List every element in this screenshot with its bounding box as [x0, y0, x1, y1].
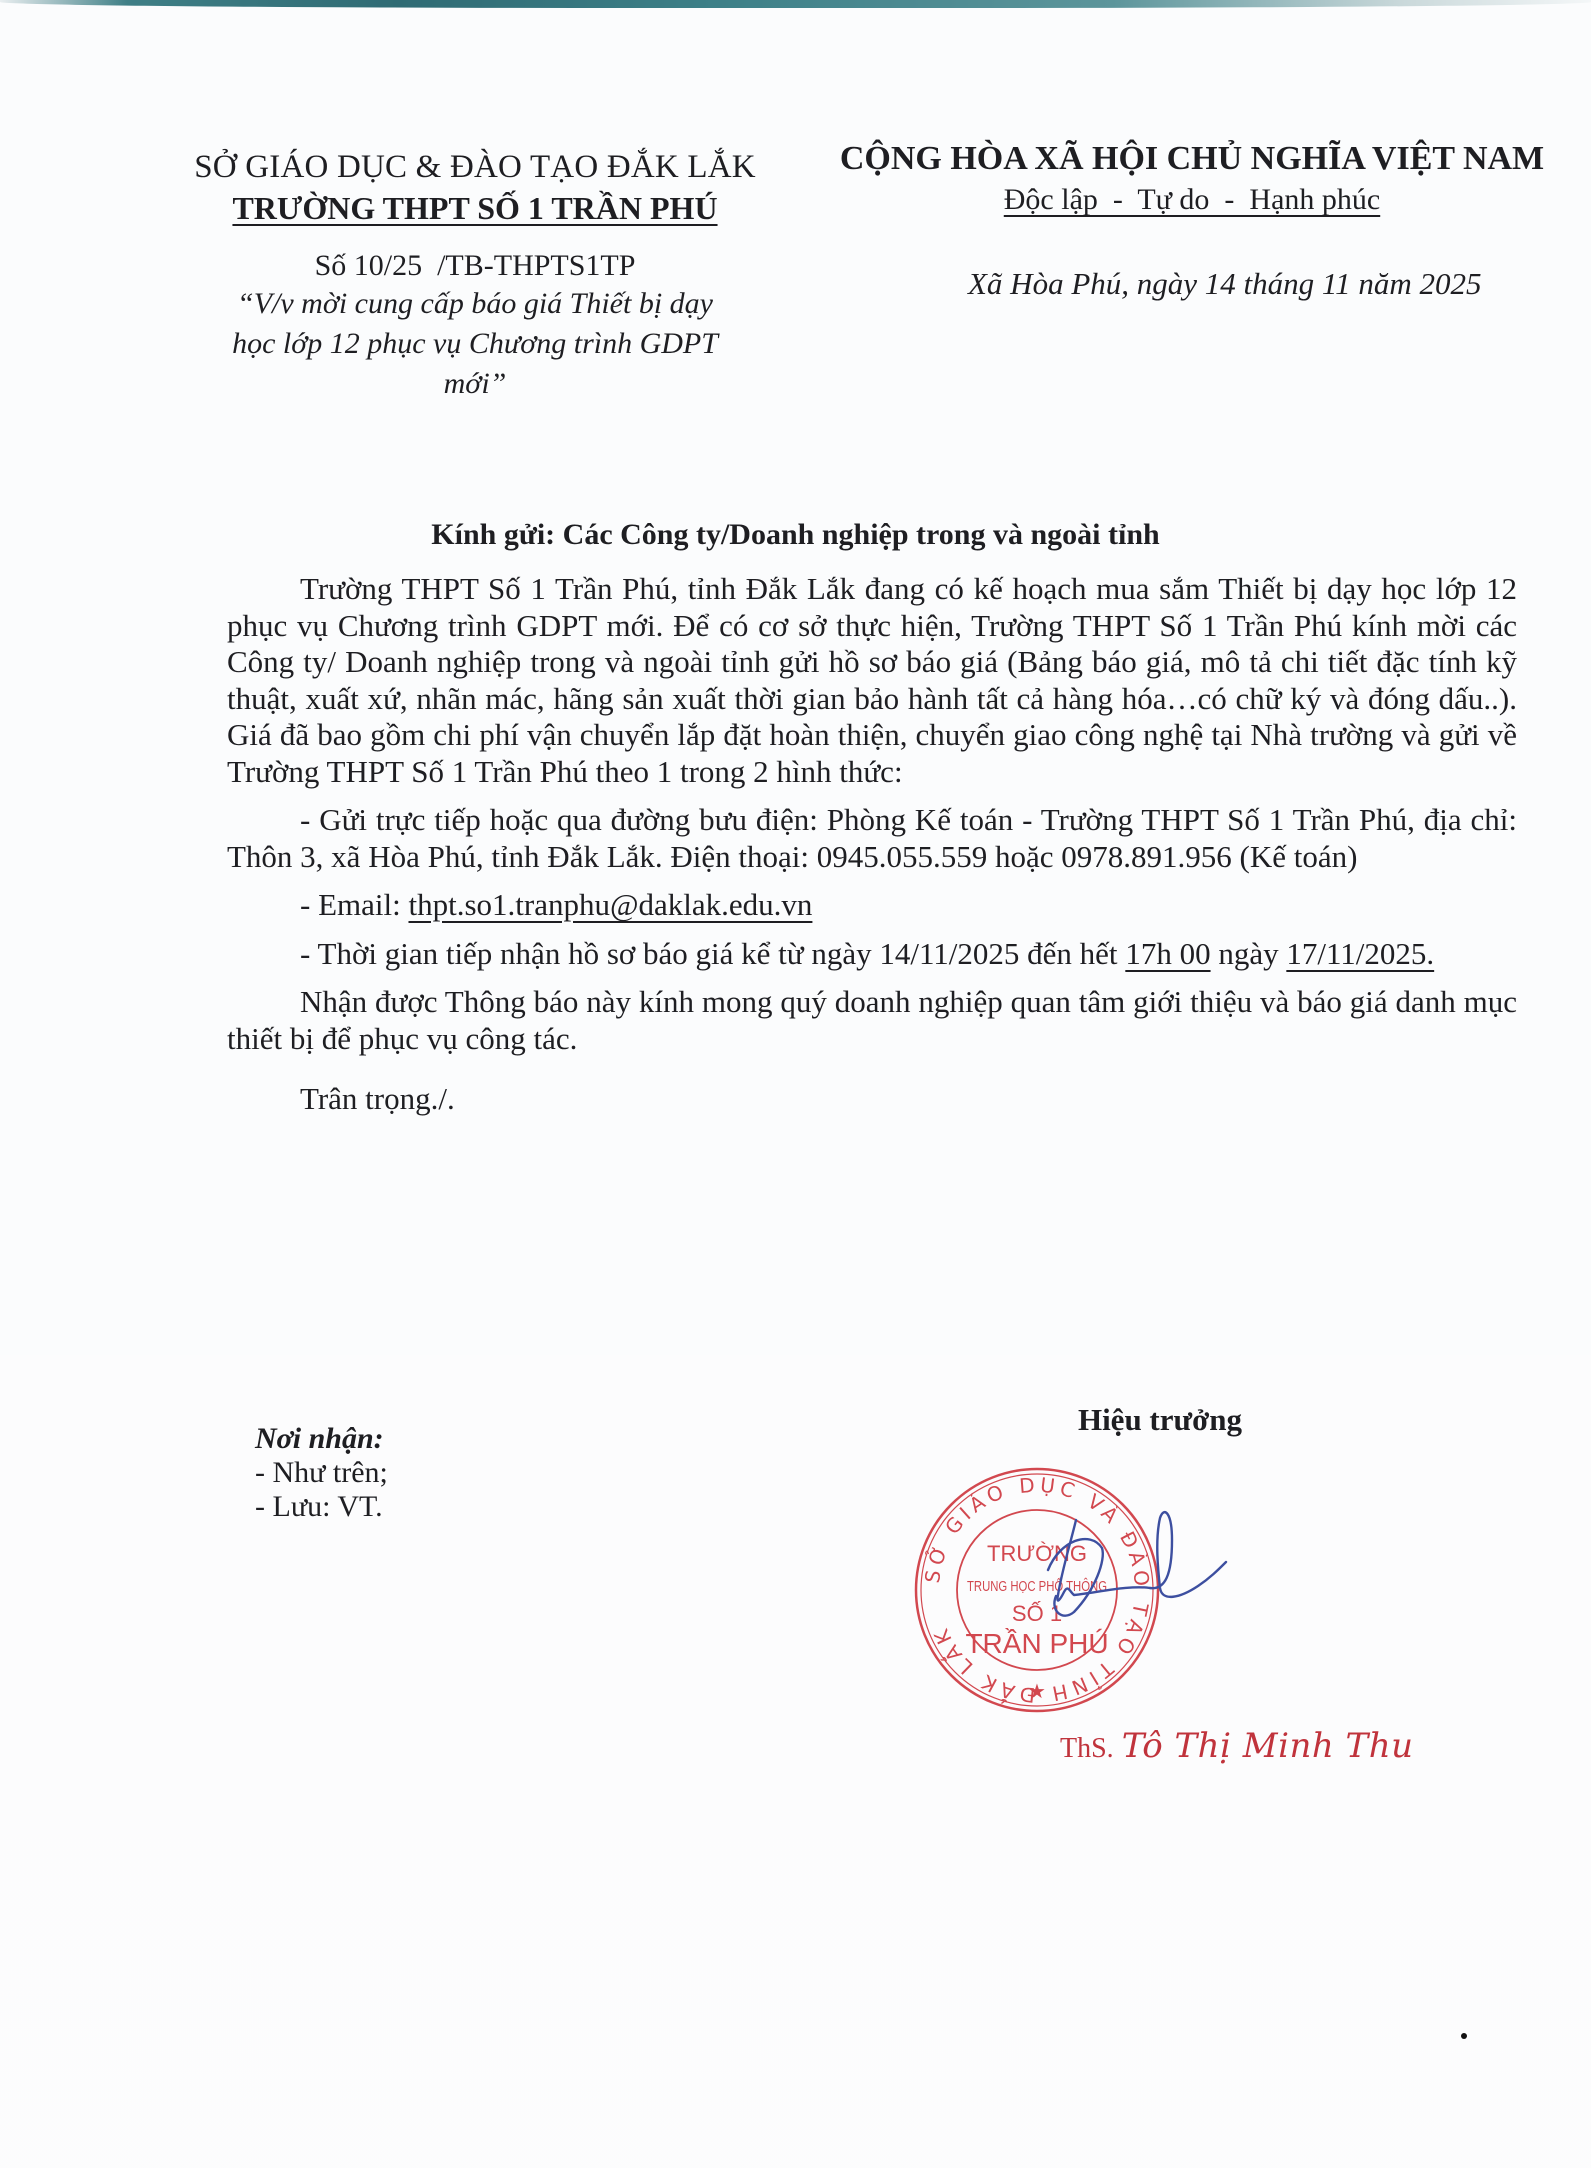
deadline-paragraph: - Thời gian tiếp nhận hồ sơ báo giá kể t…: [227, 936, 1517, 973]
national-title: CỘNG HÒA XÃ HỘI CHỦ NGHĨA VIỆT NAM: [812, 138, 1572, 180]
signer-degree: ThS.: [1060, 1733, 1114, 1764]
document-subject: “V/v mời cung cấp báo giá Thiết bị dạy h…: [175, 284, 775, 404]
subject-line: “V/v mời cung cấp báo giá Thiết bị dạy: [175, 284, 775, 324]
email-paragraph: - Email: thpt.so1.tranphu@daklak.edu.vn: [227, 887, 1517, 924]
header-left: SỞ GIÁO DỤC & ĐÀO TẠO ĐẮK LẮK TRƯỜNG THP…: [150, 146, 800, 404]
delivery-paragraph: - Gửi trực tiếp hoặc qua đường bưu điện:…: [227, 802, 1517, 875]
school-name: TRƯỜNG THPT SỐ 1 TRẦN PHÚ: [150, 188, 800, 228]
parent-organization: SỞ GIÁO DỤC & ĐÀO TẠO ĐẮK LẮK: [150, 146, 800, 188]
header-right: CỘNG HÒA XÃ HỘI CHỦ NGHĨA VIỆT NAM Độc l…: [812, 138, 1572, 220]
document-page: SỞ GIÁO DỤC & ĐÀO TẠO ĐẮK LẮK TRƯỜNG THP…: [0, 0, 1591, 2168]
deadline-date: 17/11/2025.: [1286, 936, 1434, 971]
closing-paragraph: Nhận được Thông báo này kính mong quý do…: [227, 984, 1517, 1057]
recipients-title: Nơi nhận:: [255, 1422, 388, 1456]
subject-line: mới”: [175, 364, 775, 404]
email-link[interactable]: thpt.so1.tranphu@daklak.edu.vn: [408, 887, 812, 922]
deadline-mid: ngày: [1211, 936, 1287, 971]
signer-fullname: Tô Thị Minh Thu: [1122, 1726, 1414, 1766]
stamp-star-icon: ★: [1028, 1679, 1046, 1703]
handwritten-signature: [1040, 1500, 1320, 1630]
deadline-time: 17h 00: [1125, 936, 1210, 971]
subject-line: học lớp 12 phục vụ Chương trình GDPT: [175, 324, 775, 364]
regards: Trân trọng./.: [227, 1081, 1517, 1118]
signer-name: ThS. Tô Thị Minh Thu: [1060, 1726, 1414, 1766]
deadline-prefix: - Thời gian tiếp nhận hồ sơ báo giá kể t…: [300, 936, 1125, 971]
document-number: Số 10/25 /TB-THPTS1TP: [150, 248, 800, 284]
recipient-item: - Như trên;: [255, 1456, 388, 1490]
recipient-line: Kính gửi: Các Công ty/Doanh nghiệp trong…: [0, 518, 1591, 552]
recipient-item: - Lưu: VT.: [255, 1490, 388, 1524]
place-date: Xã Hòa Phú, ngày 14 tháng 11 năm 2025: [968, 266, 1481, 302]
national-motto: Độc lập - Tự do - Hạnh phúc: [812, 180, 1572, 220]
letter-body: Trường THPT Số 1 Trần Phú, tỉnh Đắk Lắk …: [227, 571, 1517, 1118]
stamp-line: TRẦN PHÚ: [965, 1628, 1108, 1659]
scan-speck: [1461, 2033, 1467, 2039]
recipients-block: Nơi nhận: - Như trên; - Lưu: VT.: [255, 1422, 388, 1524]
email-label: - Email:: [300, 887, 408, 922]
intro-paragraph: Trường THPT Số 1 Trần Phú, tỉnh Đắk Lắk …: [227, 571, 1517, 790]
signer-title: Hiệu trưởng: [1000, 1402, 1320, 1438]
